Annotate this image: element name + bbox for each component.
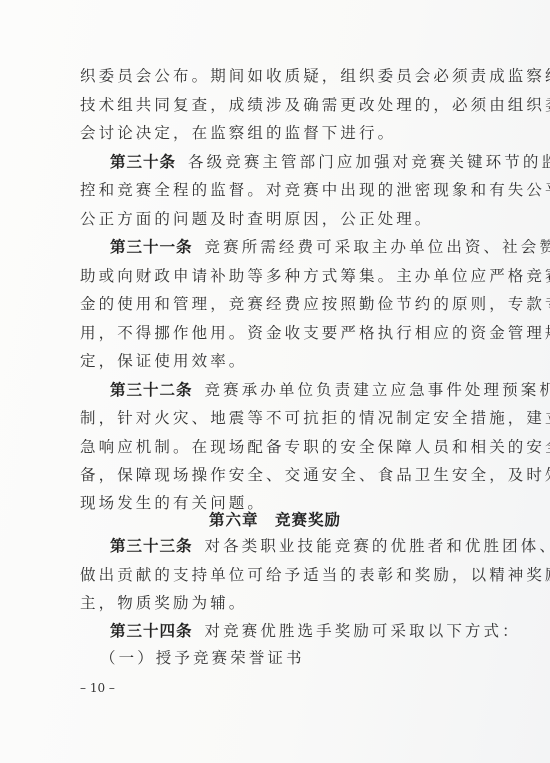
text-line: 控和竞赛全程的监督。对竞赛中出现的泄密现象和有失公平、: [80, 179, 480, 201]
article-label: 第三十一条: [110, 238, 193, 256]
text-line: 公正方面的问题及时查明原因，公正处理。: [80, 208, 480, 230]
article-text: 竞赛所需经费可采取主办单位出资、社会赞: [205, 238, 550, 256]
text-line: 备，保障现场操作安全、交通安全、食品卫生安全，及时处理: [80, 464, 480, 486]
text-line: 定，保证使用效率。: [80, 350, 480, 372]
page-number: – 10 –: [80, 681, 115, 695]
list-item: （一）授予竞赛荣誉证书: [100, 647, 500, 669]
text-line: 助或向财政申请补助等多种方式筹集。主办单位应严格竞赛资: [80, 265, 480, 287]
article-33: 第三十三条对各类职业技能竞赛的优胜者和优胜团体、: [110, 535, 510, 557]
text-line: 做出贡献的支持单位可给予适当的表彰和奖励，以精神奖励为: [80, 564, 480, 586]
article-label: 第三十二条: [110, 381, 193, 399]
text-line: 金的使用和管理，竞赛经费应按照勤俭节约的原则，专款专: [80, 293, 480, 315]
article-text: 对竞赛优胜选手奖励可采取以下方式：: [205, 622, 521, 640]
article-32: 第三十二条竞赛承办单位负责建立应急事件处理预案机: [110, 379, 510, 401]
text-line: 急响应机制。在现场配备专职的安全保障人员和相关的安全设: [80, 436, 480, 458]
article-34: 第三十四条对竞赛优胜选手奖励可采取以下方式：: [110, 620, 510, 642]
text-line: 织委员会公布。期间如收质疑，组织委员会必须责成监察组、: [80, 65, 480, 87]
article-label: 第三十三条: [110, 537, 193, 555]
text-line: 主，物质奖励为辅。: [80, 592, 480, 614]
article-label: 第三十四条: [110, 622, 193, 640]
article-text: 各级竞赛主管部门应加强对竞赛关键环节的监: [188, 153, 550, 171]
text-line: 用，不得挪作他用。资金收支要严格执行相应的资金管理规: [80, 322, 480, 344]
text-line: 制，针对火灾、地震等不可抗拒的情况制定安全措施，建立应: [80, 407, 480, 429]
article-text: 竞赛承办单位负责建立应急事件处理预案机: [205, 381, 550, 399]
text-line: 会讨论决定，在监察组的监督下进行。: [80, 122, 480, 144]
article-31: 第三十一条竞赛所需经费可采取主办单位出资、社会赞: [110, 236, 510, 258]
text-line: 技术组共同复查，成绩涉及确需更改处理的，必须由组织委员: [80, 94, 480, 116]
chapter-heading: 第六章 竞赛奖励: [0, 508, 550, 530]
document-page: 织委员会公布。期间如收质疑，组织委员会必须责成监察组、 技术组共同复查，成绩涉及…: [0, 0, 550, 763]
article-text: 对各类职业技能竞赛的优胜者和优胜团体、: [205, 537, 550, 555]
article-label: 第三十条: [110, 153, 176, 171]
article-30: 第三十条各级竞赛主管部门应加强对竞赛关键环节的监: [110, 151, 510, 173]
